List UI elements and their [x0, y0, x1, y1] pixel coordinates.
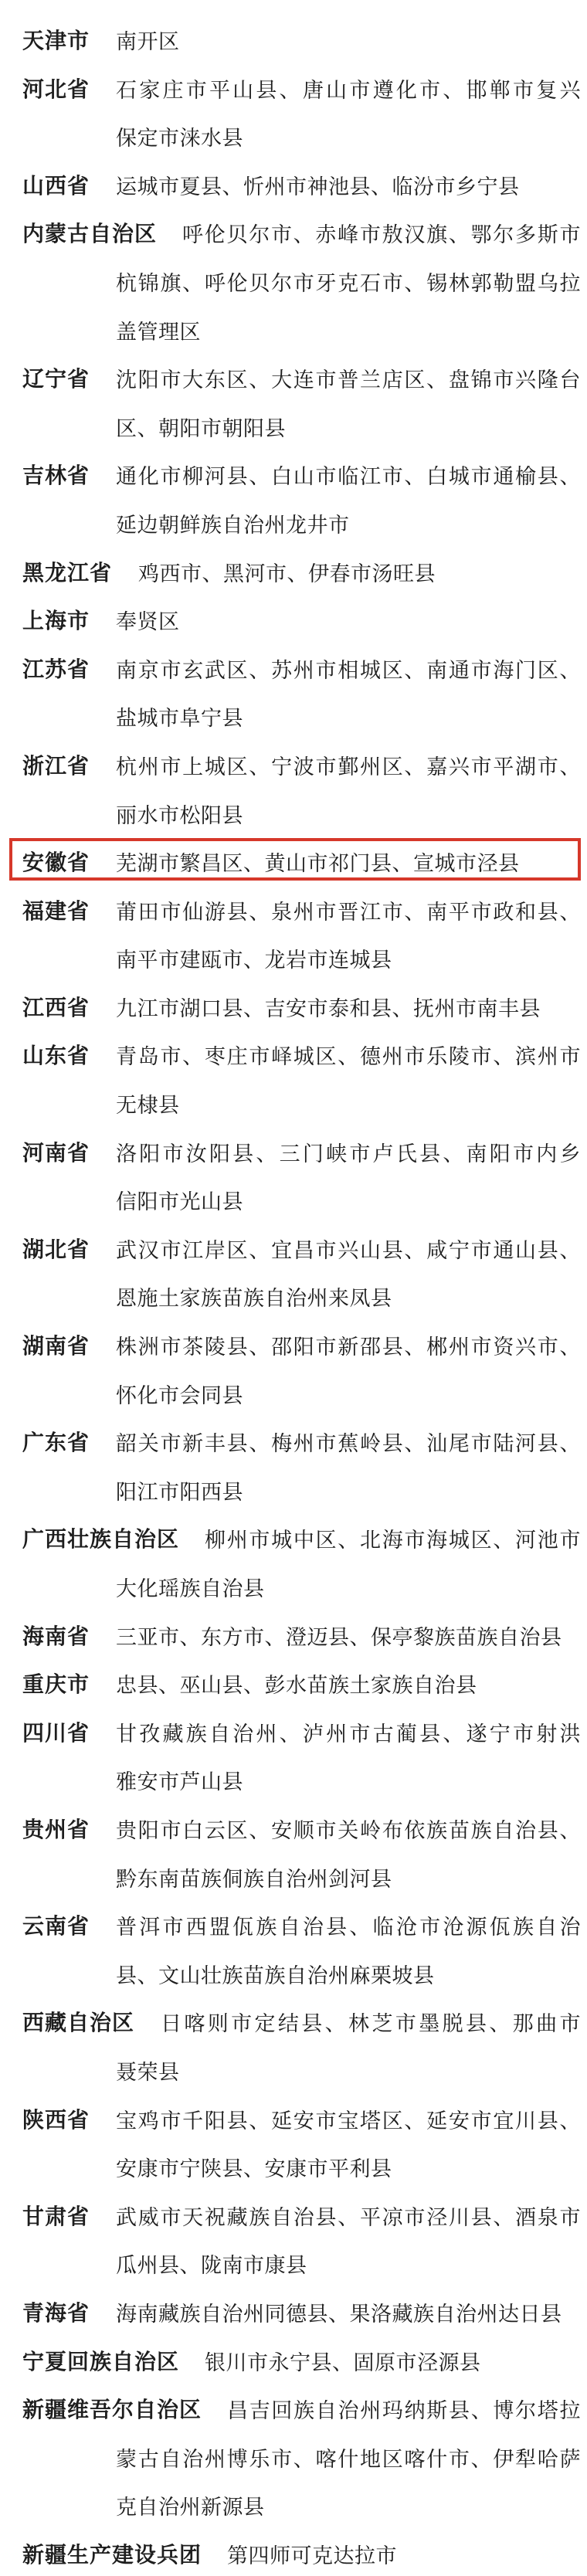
region-line: 南开区 [116, 18, 587, 66]
region-line: 怀化市会同县 [116, 1372, 587, 1420]
region-entry: 辽宁省沈阳市大东区、大连市普兰店区、盘锦市兴隆台区、朝阳市朝阳县 [0, 356, 587, 453]
region-entry: 天津市南开区 [0, 18, 587, 66]
province-label: 山西省 [22, 163, 90, 212]
region-line: 大化瑶族自治县 [116, 1565, 587, 1614]
province-label: 上海市 [22, 598, 90, 647]
region-line: 呼伦贝尔市、赤峰市敖汉旗、鄂尔多斯市 [182, 211, 581, 260]
region-line: 运城市夏县、忻州市神池县、临汾市乡宁县 [116, 163, 587, 212]
province-label: 黑龙江省 [22, 550, 112, 599]
region-entry: 甘肃省武威市天祝藏族自治县、平凉市泾川县、酒泉市瓜州县、陇南市康县 [0, 2194, 587, 2290]
region-line: 莆田市仙游县、泉州市晋江市、南平市政和县、 [116, 888, 581, 937]
region-entry: 海南省三亚市、东方市、澄迈县、保亭黎族苗族自治县 [0, 1614, 587, 1662]
region-line: 贵阳市白云区、安顺市关岭布依族苗族自治县、 [116, 1807, 581, 1855]
region-entry: 河北省石家庄市平山县、唐山市遵化市、邯郸市复兴区、保定市涞水县 [0, 66, 587, 163]
region-entry: 湖北省武汉市江岸区、宜昌市兴山县、咸宁市通山县、恩施土家族苗族自治州来凤县 [0, 1227, 587, 1323]
region-line: 盐城市阜宁县 [116, 694, 587, 743]
region-line: 杭州市上城区、宁波市鄞州区、嘉兴市平湖市、 [116, 743, 581, 792]
province-label: 新疆维吾尔自治区 [22, 2387, 202, 2435]
region-line: 韶关市新丰县、梅州市蕉岭县、汕尾市陆河县、 [116, 1420, 581, 1468]
region-line: 盖管理区 [116, 308, 587, 357]
region-line: 日喀则市定结县、林芝市墨脱县、那曲市 [161, 2000, 581, 2048]
region-entry: 云南省普洱市西盟佤族自治县、临沧市沧源佤族自治县、文山壮族苗族自治州麻栗坡县 [0, 1903, 587, 2000]
province-label: 四川省 [22, 1710, 90, 1759]
province-label: 湖北省 [22, 1227, 90, 1275]
province-label: 安徽省 [22, 840, 90, 888]
region-line: 柳州市城中区、北海市海城区、河池市 [205, 1516, 581, 1565]
region-line: 信阳市光山县 [116, 1178, 587, 1227]
province-label: 广东省 [22, 1420, 90, 1468]
region-entry: 陕西省宝鸡市千阳县、延安市宝塔区、延安市宜川县、安康市宁陕县、安康市平利县 [0, 2097, 587, 2194]
region-line: 无棣县 [116, 1081, 587, 1130]
region-line: 青岛市、枣庄市峄城区、德州市乐陵市、滨州市 [116, 1033, 581, 1081]
region-entry: 吉林省通化市柳河县、白山市临江市、白城市通榆县、延边朝鲜族自治州龙井市 [0, 453, 587, 549]
region-entry: 浙江省杭州市上城区、宁波市鄞州区、嘉兴市平湖市、丽水市松阳县 [0, 743, 587, 840]
region-line: 延边朝鲜族自治州龙井市 [116, 501, 587, 550]
province-label: 海南省 [22, 1614, 90, 1662]
region-line: 甘孜藏族自治州、泸州市古蔺县、遂宁市射洪市、 [116, 1710, 581, 1759]
region-line: 蒙古自治州博乐市、喀什地区喀什市、伊犁哈萨 [116, 2435, 581, 2484]
region-list: 天津市南开区河北省石家庄市平山县、唐山市遵化市、邯郸市复兴区、保定市涞水县山西省… [0, 0, 587, 2576]
province-label: 新疆生产建设兵团 [22, 2532, 202, 2576]
region-entry: 四川省甘孜藏族自治州、泸州市古蔺县、遂宁市射洪市、雅安市芦山县 [0, 1710, 587, 1807]
region-line: 黔东南苗族侗族自治州剑河县 [116, 1855, 587, 1904]
region-entry: 湖南省株洲市茶陵县、邵阳市新邵县、郴州市资兴市、怀化市会同县 [0, 1323, 587, 1420]
province-label: 江西省 [22, 985, 90, 1033]
province-label: 福建省 [22, 888, 90, 937]
province-label: 宁夏回族自治区 [22, 2339, 179, 2388]
region-line: 株洲市茶陵县、邵阳市新邵县、郴州市资兴市、 [116, 1323, 581, 1372]
region-line: 安康市宁陕县、安康市平利县 [116, 2145, 587, 2194]
province-label: 贵州省 [22, 1807, 90, 1855]
province-label: 浙江省 [22, 743, 90, 792]
region-line: 武威市天祝藏族自治县、平凉市泾川县、酒泉市 [116, 2194, 581, 2242]
region-line: 三亚市、东方市、澄迈县、保亭黎族苗族自治县 [116, 1614, 587, 1662]
province-label: 河北省 [22, 66, 90, 115]
region-line: 九江市湖口县、吉安市泰和县、抚州市南丰县 [116, 985, 587, 1033]
region-line: 武汉市江岸区、宜昌市兴山县、咸宁市通山县、 [116, 1227, 581, 1275]
region-line: 阳江市阳西县 [116, 1468, 587, 1517]
province-label: 青海省 [22, 2290, 90, 2339]
region-entry: 黑龙江省鸡西市、黑河市、伊春市汤旺县 [0, 550, 587, 599]
region-entry: 山西省运城市夏县、忻州市神池县、临汾市乡宁县 [0, 163, 587, 212]
region-entry: 西藏自治区日喀则市定结县、林芝市墨脱县、那曲市聂荣县 [0, 2000, 587, 2096]
province-label: 陕西省 [22, 2097, 90, 2146]
region-entry: 新疆生产建设兵团第四师可克达拉市 [0, 2532, 587, 2576]
region-entry: 内蒙古自治区呼伦贝尔市、赤峰市敖汉旗、鄂尔多斯市杭锦旗、呼伦贝尔市牙克石市、锡林… [0, 211, 587, 356]
region-line: 克自治州新源县 [116, 2483, 587, 2532]
region-line: 丽水市松阳县 [116, 792, 587, 840]
region-entry: 广西壮族自治区柳州市城中区、北海市海城区、河池市大化瑶族自治县 [0, 1516, 587, 1613]
region-entry: 江西省九江市湖口县、吉安市泰和县、抚州市南丰县 [0, 985, 587, 1033]
region-entry: 贵州省贵阳市白云区、安顺市关岭布依族苗族自治县、黔东南苗族侗族自治州剑河县 [0, 1807, 587, 1903]
region-entry: 山东省青岛市、枣庄市峄城区、德州市乐陵市、滨州市无棣县 [0, 1033, 587, 1129]
province-label: 山东省 [22, 1033, 90, 1081]
region-entry: 重庆市忠县、巫山县、彭水苗族土家族自治县 [0, 1661, 587, 1710]
province-label: 云南省 [22, 1903, 90, 1952]
region-line: 芜湖市繁昌区、黄山市祁门县、宣城市泾县 [116, 840, 587, 888]
province-label: 内蒙古自治区 [22, 211, 157, 260]
region-entry: 青海省海南藏族自治州同德县、果洛藏族自治州达日县 [0, 2290, 587, 2339]
region-line: 洛阳市汝阳县、三门峡市卢氏县、南阳市内乡县、 [116, 1130, 581, 1179]
region-line: 县、文山壮族苗族自治州麻栗坡县 [116, 1952, 587, 2001]
province-label: 广西壮族自治区 [22, 1516, 179, 1565]
region-entry: 安徽省芜湖市繁昌区、黄山市祁门县、宣城市泾县 [0, 840, 587, 888]
region-line: 聂荣县 [116, 2048, 587, 2097]
region-line: 通化市柳河县、白山市临江市、白城市通榆县、 [116, 453, 581, 501]
region-line: 海南藏族自治州同德县、果洛藏族自治州达日县 [116, 2290, 587, 2339]
region-line: 第四师可克达拉市 [227, 2532, 587, 2576]
region-entry: 新疆维吾尔自治区昌吉回族自治州玛纳斯县、博尔塔拉蒙古自治州博乐市、喀什地区喀什市… [0, 2387, 587, 2532]
region-line: 忠县、巫山县、彭水苗族土家族自治县 [116, 1661, 587, 1710]
region-line: 奉贤区 [116, 598, 587, 647]
region-line: 宝鸡市千阳县、延安市宝塔区、延安市宜川县、 [116, 2097, 581, 2146]
region-line: 普洱市西盟佤族自治县、临沧市沧源佤族自治 [116, 1903, 581, 1952]
province-label: 重庆市 [22, 1661, 90, 1710]
region-entry: 江苏省南京市玄武区、苏州市相城区、南通市海门区、盐城市阜宁县 [0, 647, 587, 743]
region-line: 南平市建瓯市、龙岩市连城县 [116, 936, 587, 985]
region-line: 雅安市芦山县 [116, 1758, 587, 1807]
region-line: 瓜州县、陇南市康县 [116, 2242, 587, 2290]
province-label: 湖南省 [22, 1323, 90, 1372]
province-label: 江苏省 [22, 647, 90, 695]
province-label: 辽宁省 [22, 356, 90, 405]
region-entry: 福建省莆田市仙游县、泉州市晋江市、南平市政和县、南平市建瓯市、龙岩市连城县 [0, 888, 587, 985]
region-line: 南京市玄武区、苏州市相城区、南通市海门区、 [116, 647, 581, 695]
region-entry: 上海市奉贤区 [0, 598, 587, 647]
region-line: 昌吉回族自治州玛纳斯县、博尔塔拉 [227, 2387, 581, 2435]
region-line: 杭锦旗、呼伦贝尔市牙克石市、锡林郭勒盟乌拉 [116, 260, 581, 308]
region-line: 区、朝阳市朝阳县 [116, 405, 587, 453]
region-entry: 宁夏回族自治区银川市永宁县、固原市泾源县 [0, 2339, 587, 2388]
province-label: 甘肃省 [22, 2194, 90, 2242]
province-label: 吉林省 [22, 453, 90, 501]
province-label: 河南省 [22, 1130, 90, 1179]
region-line: 银川市永宁县、固原市泾源县 [205, 2339, 587, 2388]
region-entry: 河南省洛阳市汝阳县、三门峡市卢氏县、南阳市内乡县、信阳市光山县 [0, 1130, 587, 1227]
region-line: 鸡西市、黑河市、伊春市汤旺县 [138, 550, 587, 599]
region-entry: 广东省韶关市新丰县、梅州市蕉岭县、汕尾市陆河县、阳江市阳西县 [0, 1420, 587, 1516]
region-line: 沈阳市大东区、大连市普兰店区、盘锦市兴隆台 [116, 356, 581, 405]
province-label: 西藏自治区 [22, 2000, 134, 2048]
province-label: 天津市 [22, 18, 90, 66]
region-line: 石家庄市平山县、唐山市遵化市、邯郸市复兴区、 [116, 66, 581, 115]
region-line: 恩施土家族苗族自治州来凤县 [116, 1274, 587, 1323]
region-line: 保定市涞水县 [116, 114, 587, 163]
